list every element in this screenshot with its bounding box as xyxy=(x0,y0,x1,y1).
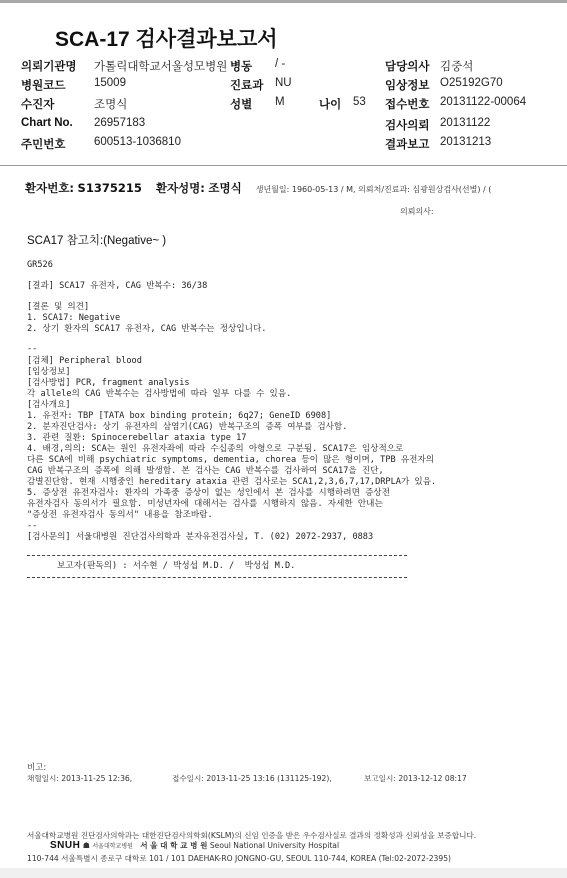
hospital-name-en: Seoul National University Hospital xyxy=(210,841,339,850)
overview-item-4b: 다른 SCA에 비해 psychiatric symptoms, dementi… xyxy=(27,455,434,466)
reporter-line: 보고자(판독의) : 서수현 / 박성섭 M.D. / 박성섭 M.D. xyxy=(57,561,295,572)
hospital-code-value: 15009 xyxy=(94,77,126,89)
ward-label: 병동 xyxy=(230,58,252,74)
logo-mark-icon: ☗ xyxy=(83,841,90,850)
result-line: [결과] SCA17 유전자, CAG 반복수: 36/38 xyxy=(27,281,207,292)
overview-item-5b: 유전자검사 동의서가 필요함. 미성년자에 대해서는 검사를 시행하지 않음. … xyxy=(27,499,383,510)
overview-item-4a: 4. 배경,의의: SCA는 원인 유전자좌에 따라 수십종의 아형으로 구분됨… xyxy=(27,444,403,455)
patient-no-value: S1375215 xyxy=(78,181,142,195)
department-value: NU xyxy=(275,77,292,89)
report-title: SCA-17 검사결과보고서 xyxy=(55,23,278,53)
overview-item-5c: "증상전 유전자검사 동의서" 내용을 참조바람. xyxy=(27,510,213,521)
patient-value: 조명식 xyxy=(94,96,127,112)
age-label: 나이 xyxy=(319,96,341,112)
result-report-label: 결과보고 xyxy=(385,136,429,152)
conclusion-header: [결론 및 의견] xyxy=(27,302,89,313)
separator: -- xyxy=(27,344,37,355)
overview-item-1: 1. 유전자: TBP [TATA box binding protein; 6… xyxy=(27,411,331,422)
test-code: GR526 xyxy=(27,260,53,271)
method-line: [검사방법] PCR, fragment analysis xyxy=(27,378,190,389)
overview-item-4c: CAG 반복구조의 증폭에 의해 발생함. 본 검사는 CAG 반복수를 검사하… xyxy=(27,466,384,477)
resident-no-label: 주민번호 xyxy=(21,136,65,152)
address-line: 110-744 서울특별시 종로구 대학로 101 / 101 DAEHAK-R… xyxy=(27,853,451,864)
reported-time: 보고일시: 2013-12-12 08:17 xyxy=(364,773,467,784)
sex-value: M xyxy=(275,96,285,108)
patient-label: 수진자 xyxy=(21,96,54,112)
patient-name-label: 환자성명: xyxy=(156,181,205,195)
conclusion-item-1: 1. SCA17: Negative xyxy=(27,313,120,324)
receipt-no-value: 20131122-00064 xyxy=(440,96,526,108)
department-label: 진료과 xyxy=(230,77,263,93)
section-divider xyxy=(0,165,567,166)
clinical-info-value: O25192G70 xyxy=(440,77,503,89)
hospital-code-label: 병원코드 xyxy=(21,77,65,93)
received-time: 접수일시: 2013-11-25 13:16 (131125-192), xyxy=(172,773,332,784)
conclusion-item-2: 2. 상기 환자의 SCA17 유전자, CAG 반복수는 정상입니다. xyxy=(27,324,266,335)
reference-value: SCA17 참고치:(Negative~ ) xyxy=(27,232,166,248)
hospital-kr-small: 서울대학교병원 xyxy=(92,843,133,850)
overview-item-3: 3. 관련 질환: Spinocerebellar ataxia type 17 xyxy=(27,433,246,444)
dashed-rule xyxy=(27,555,407,556)
resident-no-value: 600513-1036810 xyxy=(94,136,181,148)
receipt-no-label: 접수번호 xyxy=(385,96,429,112)
institution-label: 의뢰기관명 xyxy=(21,58,77,74)
clinical-info-label: 임상정보 xyxy=(385,77,429,93)
inquiry-line: [검사문의] 서울대병원 진단검사의학과 분자유전검사실, T. (02) 20… xyxy=(27,532,373,543)
overview-item-2: 2. 분자진단검사: 상기 유전자의 삼염기(CAG) 반복구조의 증폭 여부를… xyxy=(27,422,347,433)
patient-no-label: 환자번호: xyxy=(25,181,74,195)
chart-no-value: 26957183 xyxy=(94,117,145,129)
doctor-label: 담당의사 xyxy=(385,58,429,74)
separator: -- xyxy=(27,521,37,532)
method-note: 각 allele의 CAG 반복수는 검사방법에 따라 일부 다를 수 있음. xyxy=(27,389,291,400)
overview-item-4d: 감별진단함. 현재 시행중인 hereditary ataxia 관련 검사로는… xyxy=(27,477,436,488)
overview-item-5a: 5. 증상전 유전자검사: 환자의 가족중 증상이 없는 성인에서 본 검사를 … xyxy=(27,488,390,499)
patient-name-value: 조명식 xyxy=(208,181,241,195)
chart-no-label: Chart No. xyxy=(21,117,73,129)
overview-header: [검사개요] xyxy=(27,400,71,411)
institution-value: 가톨릭대학교서울성모병원 xyxy=(94,58,227,74)
hospital-logo-line: SNUH ☗ 서울대학교병원 서 울 대 학 교 병 원 Seoul Natio… xyxy=(50,840,339,851)
snuh-logo: SNUH xyxy=(50,840,80,851)
test-request-label: 검사의뢰 xyxy=(385,117,429,133)
doctor-value: 김중석 xyxy=(440,58,473,74)
dashed-rule xyxy=(27,577,407,578)
bottom-bar xyxy=(0,868,567,878)
ward-value: / - xyxy=(275,58,285,70)
remarks-label: 비고: xyxy=(27,761,46,773)
result-report-value: 20131213 xyxy=(440,136,491,148)
hospital-name-kr: 서 울 대 학 교 병 원 xyxy=(140,841,207,850)
specimen-line: [검체] Peripheral blood xyxy=(27,356,142,367)
clinical-info-line: [임상정보] xyxy=(27,367,71,378)
age-value: 53 xyxy=(353,96,366,108)
top-border xyxy=(0,0,567,3)
patient-line: 환자번호: S1375215 환자성명: 조명식 생년월일: 1960-05-1… xyxy=(25,180,491,196)
patient-details: 생년월일: 1960-05-13 / M, 의뢰처/진료과: 심광원상검사(선별… xyxy=(256,185,492,194)
test-request-value: 20131122 xyxy=(440,117,490,129)
collected-time: 채혈일시: 2013-11-25 12:36, xyxy=(27,773,132,784)
requesting-doctor: 의뢰의사: xyxy=(400,206,434,217)
sex-label: 성별 xyxy=(230,96,252,112)
